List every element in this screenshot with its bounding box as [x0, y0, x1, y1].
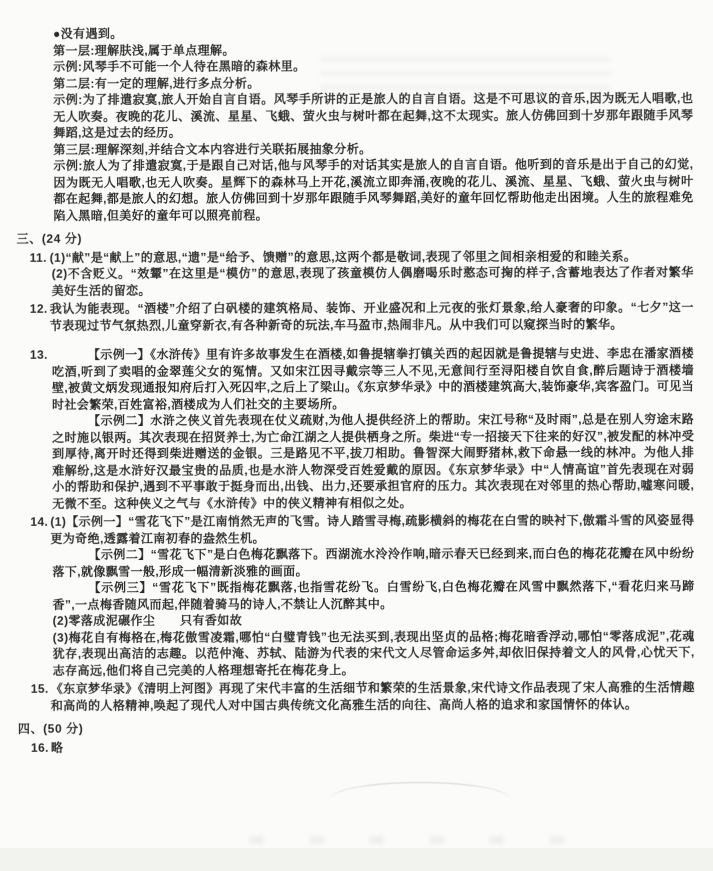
- question-number: 12.: [30, 301, 48, 318]
- question-13-example2: 【示例二】水浒之侠义首先表现在仗义疏财,为他人提供经济上的帮助。宋江号称“及时雨…: [0, 411, 694, 512]
- question-number: 14.: [30, 514, 48, 531]
- footer-band: [0, 848, 713, 871]
- layer-two-example: 示例:为了排遣寂寞,旅人开始自言自语。风琴手所讲的正是旅人的自言自语。这是不可思…: [53, 90, 693, 141]
- layer-one-line: 第一层:理解肤浅,属于单点理解。: [53, 41, 693, 59]
- document-page: { "page": { "background_color": "#fbfbf9…: [0, 0, 713, 871]
- question-14-part1: 14.(1)【示例一】“雪花飞下”是江南悄然无声的飞雪。诗人踏雪寻梅,疏影横斜的…: [0, 512, 694, 547]
- answer-text: (1)“献”是“献上”的意思,“遗”是“给予、馈赠”的意思,这两个都是敬词,表现…: [50, 249, 637, 265]
- bullet-answer-line: ●没有遇到。: [53, 24, 693, 42]
- question-11-part1: 11.(1)“献”是“献上”的意思,“遗”是“给予、馈赠”的意思,这两个都是敬词…: [0, 248, 694, 266]
- question-number: 15.: [31, 681, 49, 698]
- answer-text: (1)【示例一】“雪花飞下”是江南悄然无声的飞雪。诗人踏雪寻梅,疏影横斜的梅花在…: [50, 513, 694, 545]
- question-14-part3: (3)梅花自有梅格在,梅花傲雪凌霜,哪怕“白璧青钱”也无法买到,表现出坚贞的品格…: [53, 628, 695, 679]
- question-number: 11.: [30, 249, 47, 266]
- layer-two-line: 第二层:有一定的理解,进行多点分析。: [53, 74, 693, 92]
- question-15: 15.《东京梦华录》《清明上河图》再现了宋代丰富的生活细节和繁荣的生活景象,宋代…: [1, 679, 695, 714]
- answer-text: 略: [51, 740, 63, 754]
- document-content: ●没有遇到。第一层:理解肤浅,属于单点理解。示例:风琴手不可能一个人待在黑暗的森…: [0, 24, 695, 756]
- answer-text: 【示例一】《水浒传》里有许多故事发生在酒楼,如鲁提辖拳打镇关西的起因就是鲁提辖与…: [52, 346, 694, 411]
- layer-three-line: 第三层:理解深刻,并结合文本内容进行关联拓展抽象分析。: [53, 140, 693, 158]
- layer-one-example: 示例:风琴手不可能一个人待在黑暗的森林里。: [53, 57, 693, 75]
- question-14-example3: 【示例三】“雪花飞下”既指梅花飘落,也指雪花纷飞。白雪纷飞,白色梅花瓣在风雪中飘…: [0, 578, 694, 613]
- question-number: 16.: [31, 739, 49, 756]
- question-14-example2: 【示例二】“雪花飞下”是白色梅花飘落下。西湖流水泠泠作响,暗示春天已经到来,而白…: [0, 545, 694, 580]
- section-heading-three: 三、(24 分): [17, 229, 694, 247]
- question-11-part2: (2)不含贬义。“效颦”在这里是“模仿”的意思,表现了孩童模仿人偶磨喝乐时憨态可…: [52, 264, 694, 299]
- question-12: 12.我认为能表现。“酒楼”介绍了白矾楼的建筑格局、装饰、开业盛况和上元夜的张灯…: [0, 299, 694, 334]
- section-heading-four: 四、(50 分): [18, 719, 695, 737]
- question-16: 16.略: [1, 738, 695, 756]
- question-14-part2: (2)零落成泥碾作尘 只有香如故: [53, 611, 695, 629]
- answer-text: 我认为能表现。“酒楼”介绍了白矾楼的建筑格局、装饰、开业盛况和上元夜的张灯景象,…: [50, 300, 694, 332]
- question-13-example1: 13.【示例一】《水浒传》里有许多故事发生在酒楼,如鲁提辖拳打镇关西的起因就是鲁…: [0, 345, 694, 413]
- question-number: 13.: [30, 347, 48, 364]
- answer-text: 《东京梦华录》《清明上河图》再现了宋代丰富的生活细节和繁荣的生活景象,宋代诗文作…: [51, 680, 695, 712]
- layer-three-example: 示例:旅人为了排遣寂寞,于是跟自己对话,他与风琴手的对话其实是旅人的自言自语。他…: [53, 156, 693, 224]
